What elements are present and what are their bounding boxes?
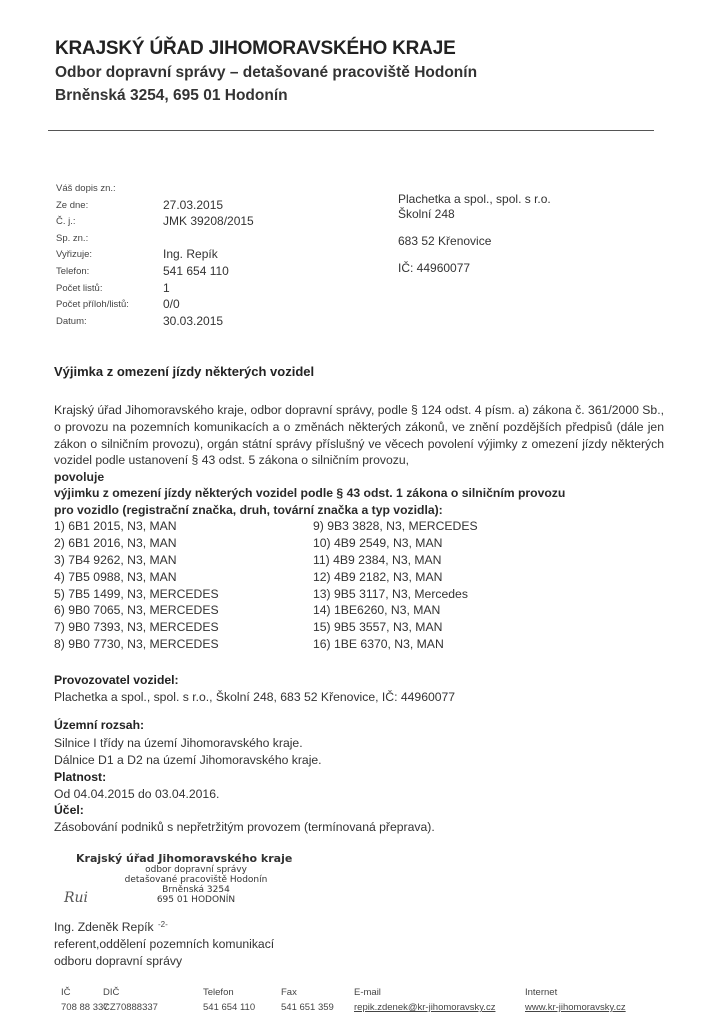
- meta-value: 541 654 110: [163, 264, 229, 278]
- vehicle-item: 14) 1BE6260, N3, MAN: [313, 603, 478, 620]
- purpose-text: Zásobování podniků s nepřetržitým provoz…: [54, 820, 435, 834]
- recipient-city: 683 52 Křenovice: [398, 234, 551, 249]
- stamp-office: Krajský úřad Jihomoravského kraje: [76, 852, 316, 865]
- meta-row: Datum:30.03.2015: [56, 313, 376, 330]
- footer-value: CZ70888337: [103, 1002, 158, 1013]
- stamp-branch: detašované pracoviště Hodonín: [76, 875, 316, 885]
- validity-heading: Platnost:: [54, 770, 106, 784]
- recipient-name: Plachetka a spol., spol. s r.o.: [398, 192, 551, 207]
- meta-label: Počet příloh/listů:: [56, 299, 129, 310]
- header-divider: [48, 130, 654, 131]
- footer-email: E-mailrepik.zdenek@kr-jihomoravsky.cz: [354, 987, 495, 1013]
- department-subtitle: Odbor dopravní správy – detašované praco…: [55, 64, 477, 82]
- footer-label: E-mail: [354, 987, 495, 998]
- meta-value: 1: [163, 281, 170, 295]
- meta-value: Ing. Repík: [163, 247, 218, 261]
- stamp-number: -2-: [158, 920, 168, 929]
- recipient-ico: IČ: 44960077: [398, 261, 551, 276]
- meta-value: 0/0: [163, 297, 180, 311]
- vehicle-item: 16) 1BE 6370, N3, MAN: [313, 637, 478, 654]
- meta-value: 27.03.2015: [163, 198, 223, 212]
- vehicle-item: 15) 9B5 3557, N3, MAN: [313, 620, 478, 637]
- footer-label: DIČ: [103, 987, 158, 998]
- footer-label: Telefon: [203, 987, 255, 998]
- meta-row: Vyřizuje:Ing. Repík: [56, 246, 376, 263]
- scope-line-1: Silnice I třídy na území Jihomoravského …: [54, 736, 303, 750]
- footer-value: 708 88 337: [61, 1002, 109, 1013]
- website-link[interactable]: www.kr-jihomoravsky.cz: [525, 1002, 626, 1013]
- footer-internet: Internetwww.kr-jihomoravsky.cz: [525, 987, 626, 1013]
- meta-label: Telefon:: [56, 266, 89, 277]
- vehicle-item: 8) 9B0 7730, N3, MERCEDES: [54, 637, 219, 654]
- meta-row: Ze dne:27.03.2015: [56, 197, 376, 214]
- meta-value: 30.03.2015: [163, 314, 223, 328]
- footer-fax: Fax541 651 359: [281, 987, 334, 1013]
- footer-value: 541 654 110: [203, 1002, 255, 1013]
- meta-label: Ze dne:: [56, 200, 88, 211]
- meta-row: Telefon:541 654 110: [56, 263, 376, 280]
- meta-row: Č. j.:JMK 39208/2015: [56, 213, 376, 230]
- vehicle-item: 6) 9B0 7065, N3, MERCEDES: [54, 603, 219, 620]
- vehicle-list-left: 1) 6B1 2015, N3, MAN 2) 6B1 2016, N3, MA…: [54, 519, 219, 654]
- intro-paragraph: Krajský úřad Jihomoravského kraje, odbor…: [54, 402, 664, 469]
- vehicle-item: 12) 4B9 2182, N3, MAN: [313, 570, 478, 587]
- vehicle-item: 10) 4B9 2549, N3, MAN: [313, 536, 478, 553]
- vehicle-item: 5) 7B5 1499, N3, MERCEDES: [54, 587, 219, 604]
- footer-dic: DIČCZ70888337: [103, 987, 158, 1013]
- meta-label: Vyřizuje:: [56, 249, 92, 260]
- vehicle-item: 4) 7B5 0988, N3, MAN: [54, 570, 219, 587]
- operator-text: Plachetka a spol., spol. s r.o., Školní …: [54, 690, 455, 704]
- vehicle-item: 9) 9B3 3828, N3, MERCEDES: [313, 519, 478, 536]
- meta-label: Č. j.:: [56, 216, 76, 227]
- meta-row: Váš dopis zn.:: [56, 180, 376, 197]
- reference-block: Váš dopis zn.: Ze dne:27.03.2015 Č. j.:J…: [56, 180, 376, 329]
- vehicle-item: 2) 6B1 2016, N3, MAN: [54, 536, 219, 553]
- footer-label: Fax: [281, 987, 334, 998]
- office-address: Brněnská 3254, 695 01 Hodonín: [55, 87, 288, 105]
- vehicle-item: 1) 6B1 2015, N3, MAN: [54, 519, 219, 536]
- decision-verb: povoluje: [54, 470, 104, 484]
- purpose-heading: Účel:: [54, 803, 84, 817]
- validity-text: Od 04.04.2015 do 03.04.2016.: [54, 787, 219, 801]
- stamp-street: Brněnská 3254: [76, 885, 316, 895]
- meta-label: Datum:: [56, 316, 87, 327]
- office-stamp: Krajský úřad Jihomoravského kraje odbor …: [76, 852, 316, 905]
- footer-label: Internet: [525, 987, 626, 998]
- decision-line-1: výjimku z omezení jízdy některých vozide…: [54, 486, 565, 500]
- meta-label: Počet listů:: [56, 283, 102, 294]
- signatory-name: Ing. Zdeněk Repík: [54, 920, 154, 934]
- footer-value: 541 651 359: [281, 1002, 334, 1013]
- stamp-city: 695 01 HODONÍN: [76, 895, 316, 905]
- vehicle-item: 3) 7B4 9262, N3, MAN: [54, 553, 219, 570]
- vehicle-item: 13) 9B5 3117, N3, Mercedes: [313, 587, 478, 604]
- handwritten-signature: Rui: [64, 890, 88, 906]
- office-title: KRAJSKÝ ÚŘAD JIHOMORAVSKÉHO KRAJE: [55, 38, 456, 60]
- vehicle-list-right: 9) 9B3 3828, N3, MERCEDES 10) 4B9 2549, …: [313, 519, 478, 654]
- meta-row: Počet příloh/listů:0/0: [56, 296, 376, 313]
- signatory-role: referent,oddělení pozemních komunikací: [54, 937, 274, 951]
- footer-ico: IČ708 88 337: [61, 987, 109, 1013]
- email-link[interactable]: repik.zdenek@kr-jihomoravsky.cz: [354, 1002, 495, 1013]
- decision-line-2: pro vozidlo (registrační značka, druh, t…: [54, 503, 443, 517]
- recipient-street: Školní 248: [398, 207, 551, 222]
- scope-heading: Územní rozsah:: [54, 718, 144, 732]
- scope-line-2: Dálnice D1 a D2 na území Jihomoravského …: [54, 753, 322, 767]
- vehicle-item: 7) 9B0 7393, N3, MERCEDES: [54, 620, 219, 637]
- operator-heading: Provozovatel vozidel:: [54, 673, 179, 687]
- meta-row: Sp. zn.:: [56, 230, 376, 247]
- stamp-department: odbor dopravní správy: [76, 865, 316, 875]
- meta-label: Váš dopis zn.:: [56, 183, 116, 194]
- vehicle-item: 11) 4B9 2384, N3, MAN: [313, 553, 478, 570]
- recipient-address: Plachetka a spol., spol. s r.o. Školní 2…: [398, 192, 551, 276]
- signatory-department: odboru dopravní správy: [54, 954, 182, 968]
- meta-label: Sp. zn.:: [56, 233, 88, 244]
- meta-value: JMK 39208/2015: [163, 214, 254, 228]
- meta-row: Počet listů:1: [56, 280, 376, 297]
- footer-label: IČ: [61, 987, 109, 998]
- subject-heading: Výjimka z omezení jízdy některých vozide…: [54, 364, 314, 379]
- footer-phone: Telefon541 654 110: [203, 987, 255, 1013]
